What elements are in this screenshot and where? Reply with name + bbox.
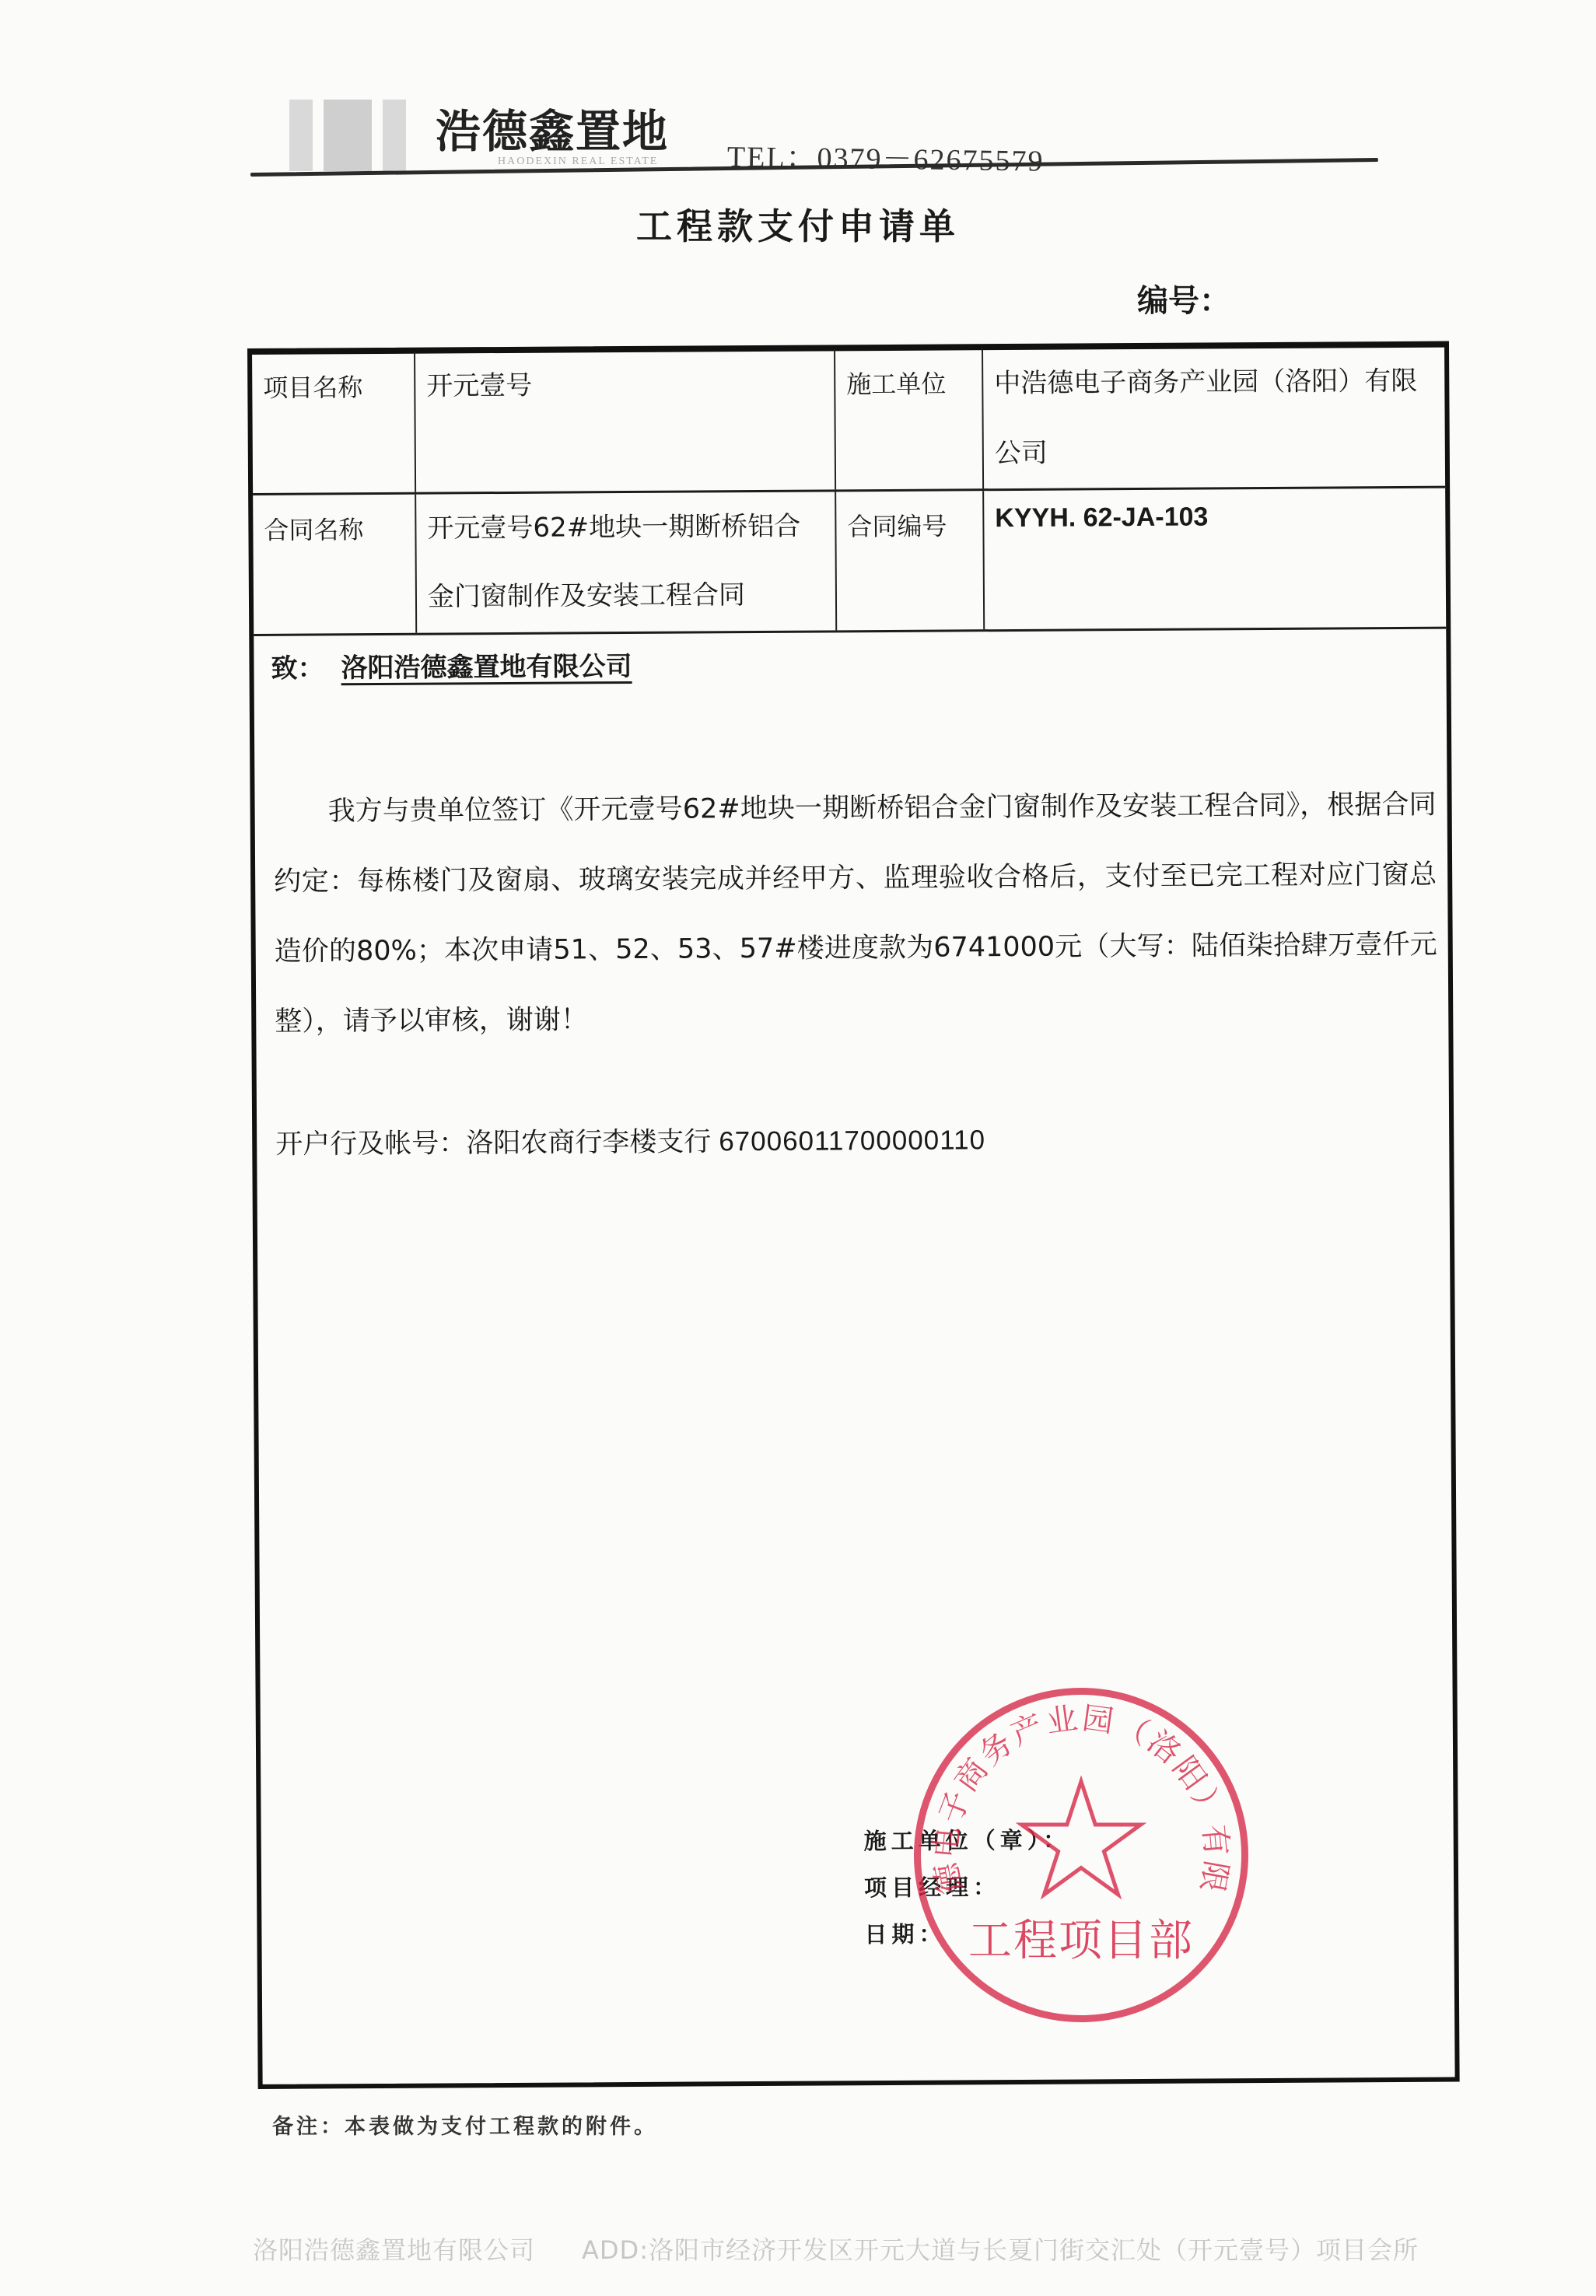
form-frame: 项目名称 开元壹号 施工单位 中浩德电子商务产业园（洛阳）有限公司 合同名称 开…: [247, 341, 1460, 2089]
company-logo-mark: [289, 100, 406, 171]
footer-company: 洛阳浩德鑫置地有限公司: [253, 2235, 535, 2265]
request-body: 我方与贵单位签订《开元壹号62#地块一期断桥铝合金门窗制作及安装工程合同》，根据…: [273, 770, 1437, 1057]
remark-note: 备注：本表做为支付工程款的附件。: [272, 2109, 658, 2140]
table-row: 合同名称 开元壹号62#地块一期断桥铝合金门窗制作及安装工程合同 合同编号 KY…: [253, 488, 1446, 636]
bank-account-line: 开户行及帐号：洛阳农商行李楼支行67006011700000110: [275, 1118, 985, 1162]
project-name-value: 开元壹号: [415, 349, 836, 492]
document-title: 工程款支付申请单: [0, 198, 1596, 250]
contractor-label: 施工单位: [835, 348, 984, 489]
telephone: TEL：0379－62675579: [727, 132, 1045, 180]
contract-number-value: KYYH. 62-JA-103: [984, 488, 1446, 630]
company-logo-name: 浩德鑫置地: [436, 95, 669, 160]
contractor-seal-label: 施工单位（章）：: [864, 1817, 1071, 1865]
recipient-name: 洛阳浩德鑫置地有限公司: [341, 651, 632, 684]
serial-number: 编号：: [1137, 276, 1230, 320]
bank-name: 洛阳农商行李楼支行: [466, 1126, 711, 1159]
page-footer: 洛阳浩德鑫置地有限公司ADD:洛阳市经济开发区开元大道与长夏门街交汇处（开元壹号…: [253, 2231, 1419, 2266]
serial-label: 编号：: [1137, 283, 1230, 319]
date-label: 日期：: [864, 1910, 1071, 1958]
project-manager-label: 项目经理：: [864, 1864, 1071, 1912]
contract-name-value: 开元壹号62#地块一期断桥铝合金门窗制作及安装工程合同: [416, 492, 837, 632]
contractor-value: 中浩德电子商务产业园（洛阳）有限公司: [983, 346, 1445, 489]
signature-block: 施工单位（章）： 项目经理： 日期：: [864, 1817, 1072, 1958]
footer-address: ADD:洛阳市经济开发区开元大道与长夏门街交汇处（开元壹号）项目会所: [582, 2235, 1419, 2265]
project-name-label: 项目名称: [252, 352, 416, 493]
contract-number-label: 合同编号: [836, 491, 985, 630]
tel-number: 0379－62675579: [817, 142, 1045, 178]
to-label: 致：: [271, 653, 324, 684]
bank-label: 开户行及帐号：: [275, 1128, 466, 1160]
company-logo-subtitle: HAODEXIN REAL ESTATE: [498, 156, 658, 168]
recipient-line: 致：洛阳浩德鑫置地有限公司: [271, 645, 632, 685]
info-table: 项目名称 开元壹号 施工单位 中浩德电子商务产业园（洛阳）有限公司 合同名称 开…: [252, 346, 1446, 636]
table-row: 项目名称 开元壹号 施工单位 中浩德电子商务产业园（洛阳）有限公司: [252, 346, 1445, 495]
contract-name-label: 合同名称: [253, 495, 417, 634]
bank-account-number: 67006011700000110: [719, 1125, 985, 1157]
